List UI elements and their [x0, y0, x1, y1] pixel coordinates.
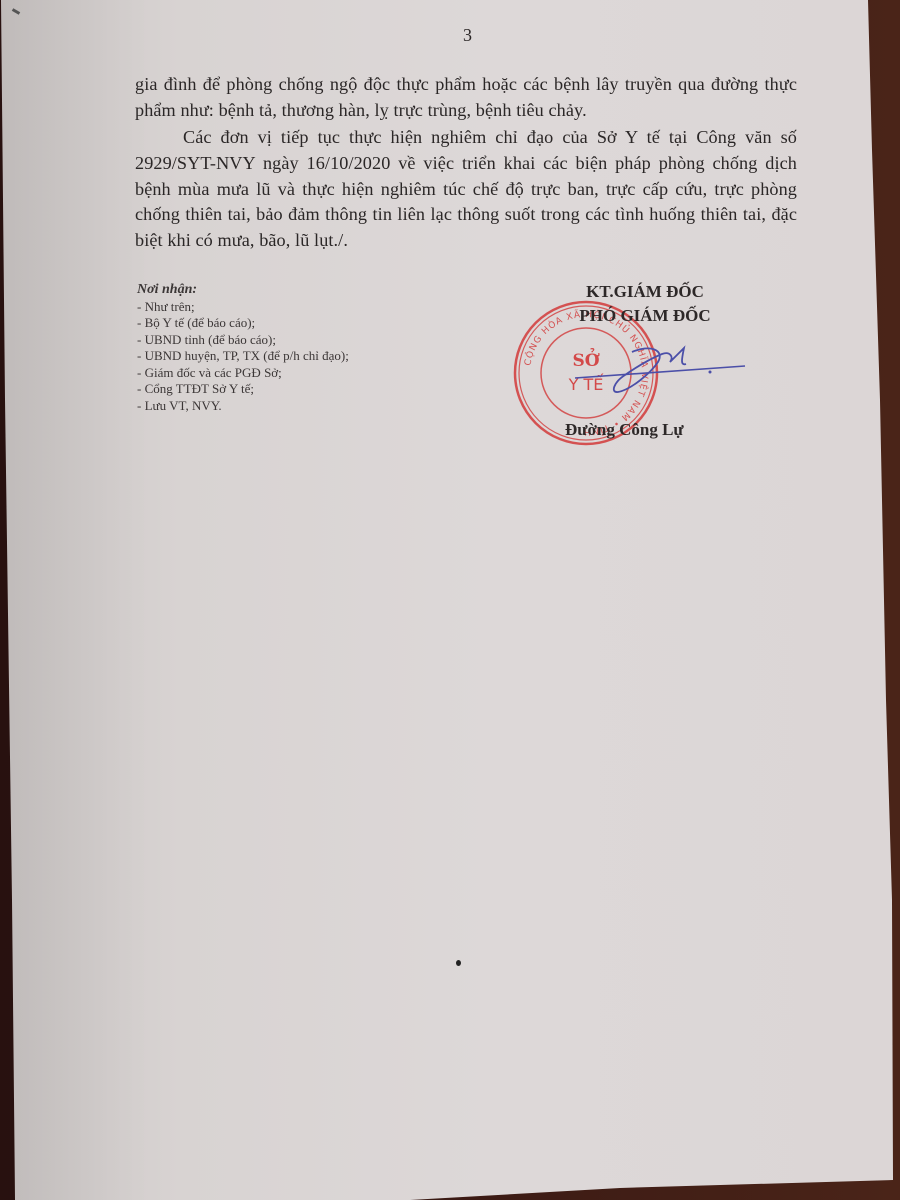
signature-block: KT.GIÁM ĐỐC PHÓ GIÁM ĐỐC	[545, 280, 745, 328]
ink-dot	[456, 960, 461, 966]
signature-title-1: KT.GIÁM ĐỐC	[545, 280, 745, 304]
recipient-item: - UBND huyện, TP, TX (để p/h chỉ đạo);	[137, 348, 349, 365]
recipients-heading: Nơi nhận:	[137, 282, 349, 299]
recipient-item: - UBND tỉnh (để báo cáo);	[137, 332, 349, 349]
paragraph-1-text: gia đình để phòng chống ngộ độc thực phẩ…	[135, 72, 797, 124]
paragraph-2: Các đơn vị tiếp tục thực hiện nghiêm chỉ…	[135, 125, 797, 254]
signature-title-2: PHÓ GIÁM ĐỐC	[545, 304, 745, 328]
signer-name: Đường Công Lự	[565, 420, 684, 440]
recipient-item: - Giám đốc và các PGĐ Sở;	[137, 365, 349, 382]
handwritten-signature	[570, 330, 750, 410]
page-number: 3	[463, 25, 472, 46]
recipients-list: Nơi nhận: - Như trên; - Bộ Y tế (để báo …	[137, 282, 349, 414]
recipient-item: - Bộ Y tế (để báo cáo);	[137, 315, 349, 332]
paragraph-1: gia đình để phòng chống ngộ độc thực phẩ…	[135, 72, 797, 124]
paragraph-2-text: Các đơn vị tiếp tục thực hiện nghiêm chỉ…	[135, 125, 797, 254]
recipient-item: - Cổng TTĐT Sở Y tế;	[137, 381, 349, 398]
recipient-item: - Lưu VT, NVY.	[137, 398, 349, 415]
recipient-item: - Như trên;	[137, 299, 349, 316]
